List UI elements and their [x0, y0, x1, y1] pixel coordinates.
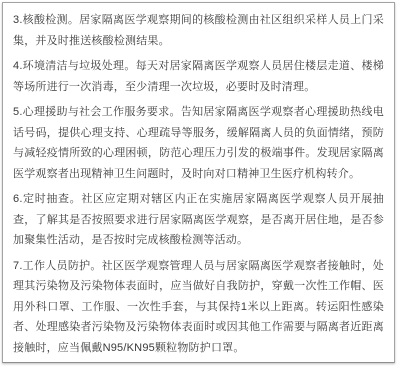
paragraph-5-psychological-assistance: 5.心理援助与社会工作服务要求。告知居家隔离医学观察者心理援助热线电话号码，提供…	[13, 102, 384, 184]
paragraph-6-periodic-spot-checks: 6.定时抽查。社区应定期对辖区内正在实施居家隔离医学观察人员开展抽查，了解其是否…	[13, 189, 384, 251]
paragraph-4-environment-cleaning-garbage: 4.环境清洁与垃圾处理。每天对居家隔离医学观察人员居住楼层走道、楼梯等场所进行一…	[13, 56, 384, 97]
document-page: 3.核酸检测。居家隔离医学观察期间的核酸检测由社区组织采样人员上门采集，并及时推…	[2, 2, 395, 363]
paragraph-7-staff-protection: 7.工作人员防护。社区医学观察管理人员与居家隔离医学观察者接触时，处理其污染物及…	[13, 256, 384, 359]
paragraph-3-nucleic-acid-testing: 3.核酸检测。居家隔离医学观察期间的核酸检测由社区组织采样人员上门采集，并及时推…	[13, 10, 384, 51]
